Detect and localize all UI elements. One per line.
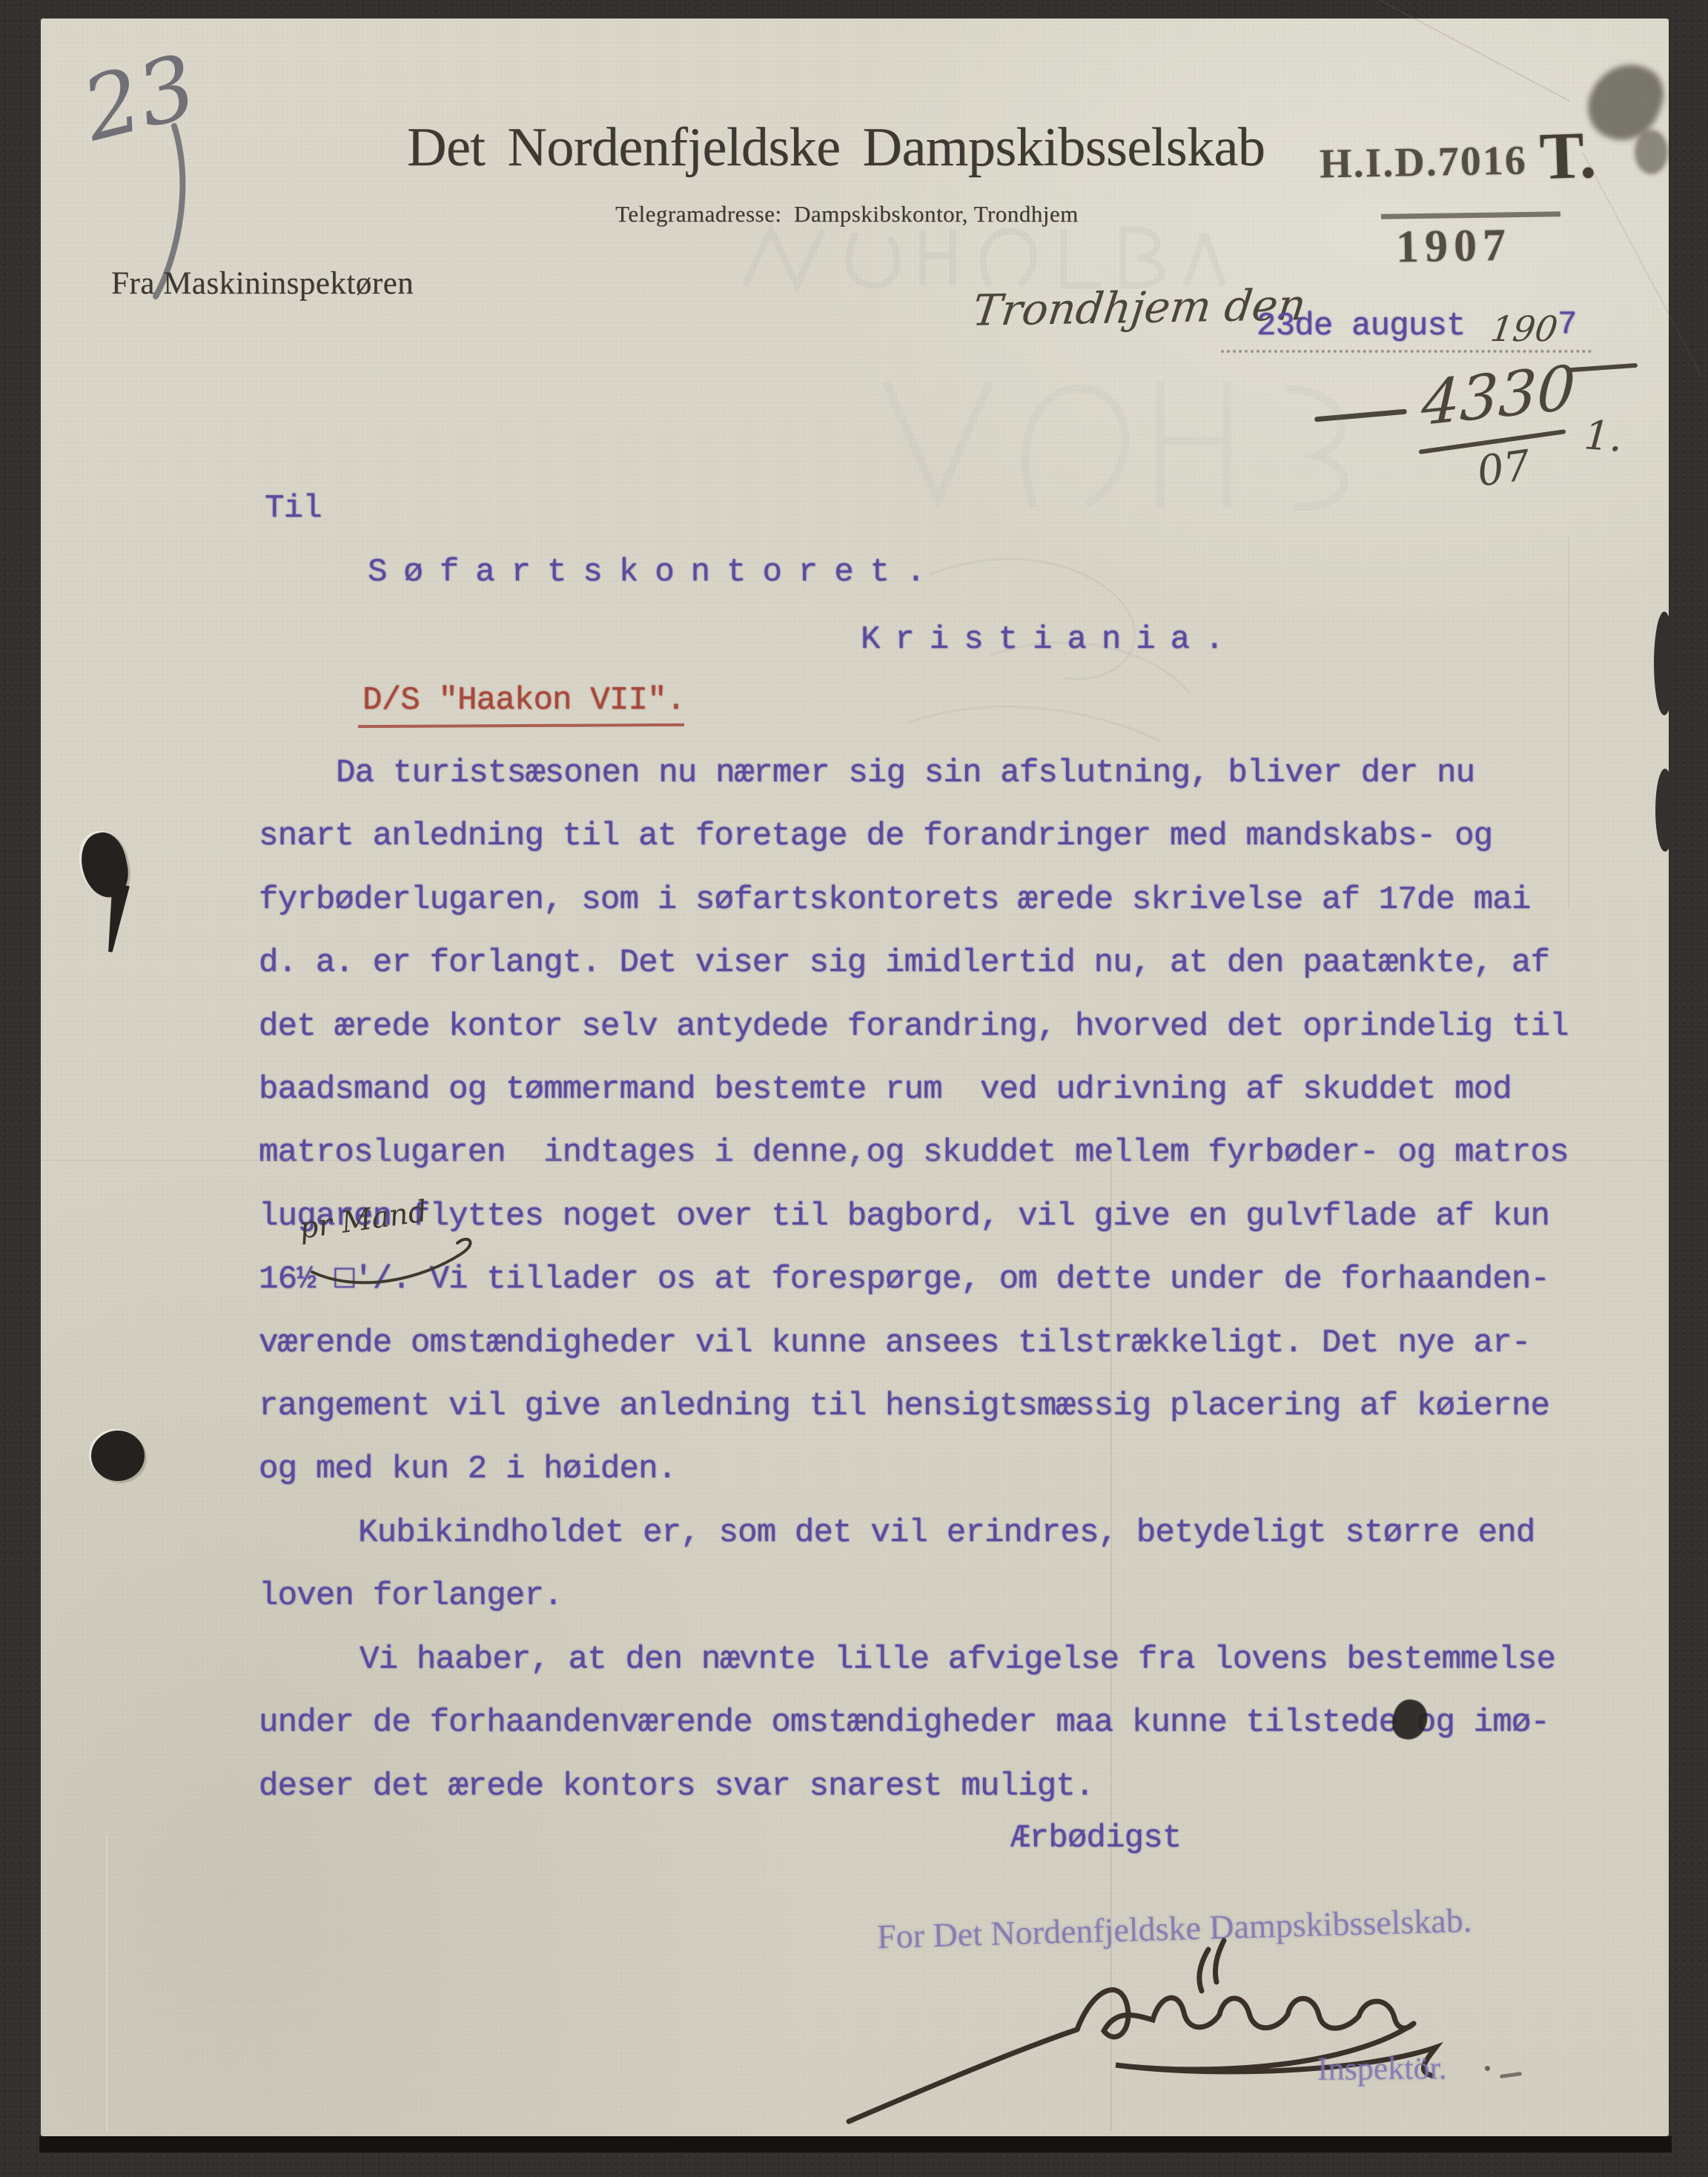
body-line: under de forhaandenværende omstændighede… (259, 1704, 1549, 1741)
bleed-through-ghost-mid (841, 337, 1405, 767)
signature (804, 1920, 1501, 2131)
recipient-salutation: Til (265, 490, 322, 527)
year-stamp: 1907 (1395, 219, 1512, 274)
registry-letter-stamp: T. (1538, 117, 1597, 196)
body-line: og med kun 2 i høiden. (259, 1451, 676, 1488)
dateline-year-printed: 190 (1488, 309, 1560, 350)
filing-number: 4330 (1420, 353, 1577, 440)
ink-smudge-small (1635, 130, 1668, 174)
year-stamp-rule (1381, 211, 1560, 219)
inspector-pen-dash (1500, 2072, 1522, 2078)
letter-paper: 23 Det Nordenfjeldske Dampskibsselskab T… (41, 19, 1669, 2136)
closing-valediction: Ærbødigst (1010, 1820, 1181, 1857)
body-line: loven forlanger. (259, 1577, 563, 1614)
vertical-crease-left (106, 1835, 107, 2131)
bleed-through-ghost-upper (730, 215, 1264, 311)
inspector-stamp: Inspektör. (1317, 2049, 1447, 2088)
body-line: Da turistsæsonen nu nærmer sig sin afslu… (336, 755, 1474, 792)
paper-edge-notch (1654, 612, 1675, 715)
letterhead-company: Det Nordenfjeldske Dampskibsselskab (407, 116, 1265, 179)
body-line: d. a. er forlangt. Det viser sig imidler… (259, 944, 1549, 981)
body-line: snart anledning til at foretage de foran… (259, 818, 1492, 855)
body-line: Kubikindholdet er, som det vil erindres,… (358, 1514, 1535, 1551)
body-line: matroslugaren indtages i denne,og skudde… (259, 1134, 1569, 1171)
body-line: Vi haaber, at den nævnte lille afvigelse… (360, 1641, 1555, 1678)
recipient-office: Søfartskontoret. (368, 554, 941, 591)
filing-year: 07 (1474, 441, 1534, 496)
body-line: det ærede kontor selv antydede forandrin… (259, 1008, 1569, 1045)
body-line: rangement vil give anledning til hensigt… (259, 1388, 1549, 1425)
letterhead-sender-line: Fra Maskininspektøren (111, 265, 414, 302)
wrinkle (1373, 0, 1570, 102)
scanned-letter: 23 Det Nordenfjeldske Dampskibsselskab T… (0, 0, 1708, 2177)
body-line: fyrbøderlugaren, som i søfartskontorets … (259, 881, 1531, 918)
subject-underline (358, 723, 684, 728)
wrinkle (1582, 152, 1701, 375)
subject-line: D/S "Haakon VII". (363, 682, 685, 719)
body-line: deser det ærede kontors svar snarest mul… (259, 1768, 1094, 1805)
handwritten-insert-flourish (306, 1231, 506, 1298)
body-line: lugaren flyttes noget over til bagbord, … (259, 1198, 1549, 1235)
body-line: baadsmand og tømmermand bestemte rum ved… (259, 1071, 1512, 1108)
dateline-year-typed: 7 (1558, 306, 1577, 343)
recipient-city: Kristiania. (861, 621, 1239, 658)
registry-code-stamp: H.I.D.7016 (1319, 137, 1527, 188)
paper-edge-notch (1655, 769, 1675, 852)
filing-mark: 1. (1583, 411, 1624, 460)
wrinkle (1568, 537, 1569, 908)
inspector-pen-dot (1485, 2066, 1490, 2071)
punch-hole-bottom (91, 1431, 145, 1481)
filing-dash-right (1569, 363, 1638, 372)
body-line: værende omstændigheder vil kunne ansees … (259, 1325, 1531, 1362)
